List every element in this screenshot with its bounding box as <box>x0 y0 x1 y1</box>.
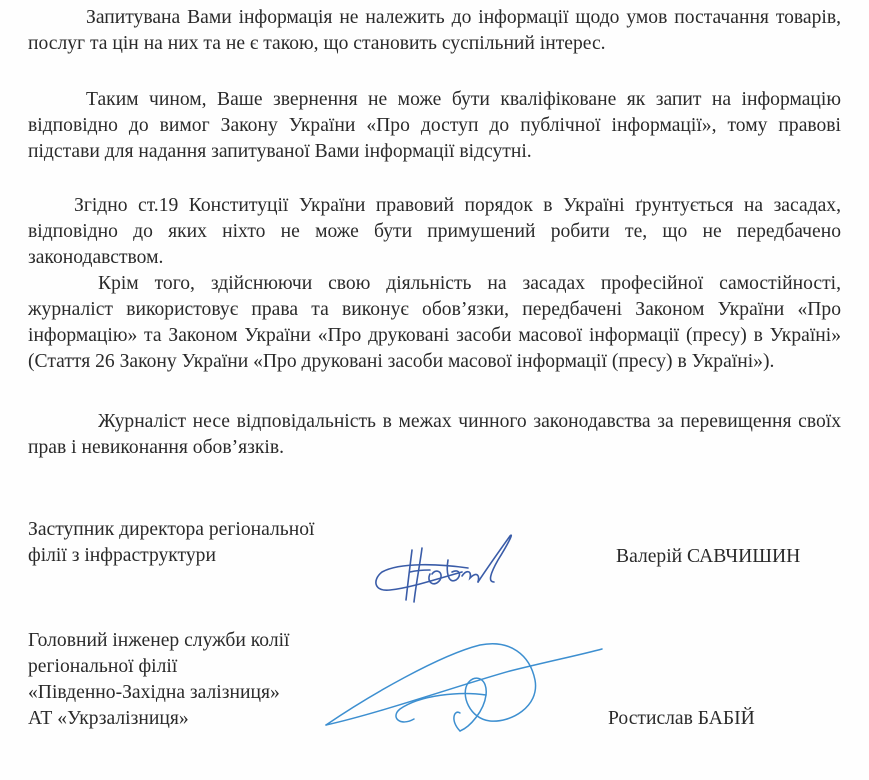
paragraph-1: Запитувана Вами інформація не належить д… <box>28 5 841 57</box>
signatory-1-title-line: Заступник директора регіональної <box>28 517 314 543</box>
signatory-2-title-line: АТ «Укрзалізниця» <box>28 706 289 732</box>
signatory-1-title-line: філії з інфраструктури <box>28 543 314 569</box>
paragraph-3: Згідно ст.19 Конституції України правови… <box>28 193 841 271</box>
paragraph-4: Крім того, здійснюючи свою діяльність на… <box>28 271 841 375</box>
signatory-1-title: Заступник директора регіональної філії з… <box>28 517 314 569</box>
paragraph-2: Таким чином, Ваше звернення не може бути… <box>28 87 841 165</box>
signatory-1-name: Валерій САВЧИШИН <box>616 544 800 570</box>
paragraph-5: Журналіст несе відповідальність в межах … <box>28 409 841 461</box>
signature-1-icon <box>370 530 570 610</box>
signatory-2-title-line: регіональної філії <box>28 654 289 680</box>
signature-2-icon <box>310 635 610 735</box>
signatory-2-name: Ростислав БАБІЙ <box>608 706 755 732</box>
signatory-2-title-line: «Південно-Західна залізниця» <box>28 680 289 706</box>
signatory-2-title-line: Головний інженер служби колії <box>28 628 289 654</box>
signatory-2-title: Головний інженер служби колії регіональн… <box>28 628 289 732</box>
